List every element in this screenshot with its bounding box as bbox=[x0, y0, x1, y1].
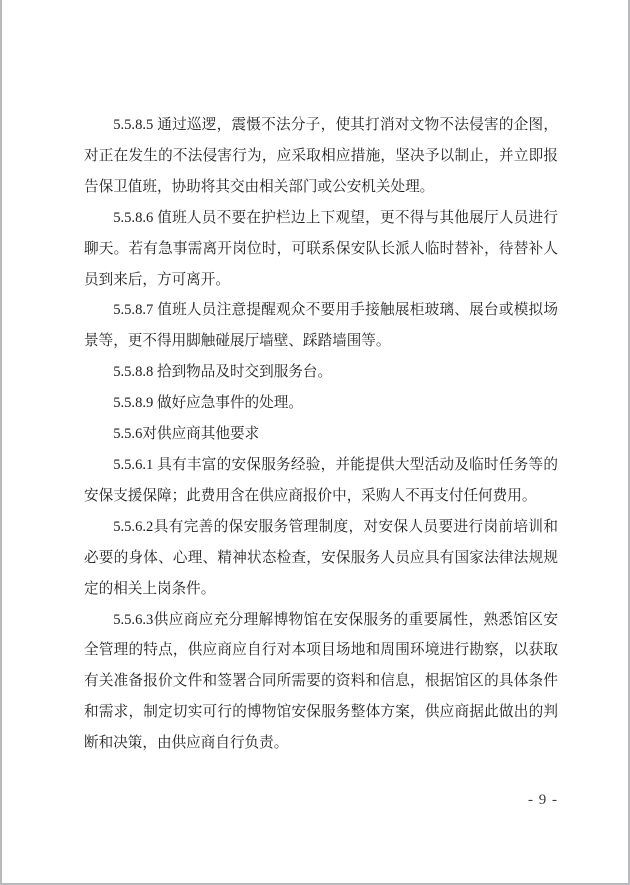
document-body: 5.5.8.5 通过巡逻，震慑不法分子，使其打消对文物不法侵害的企图，对正在发生… bbox=[84, 110, 558, 759]
paragraph-5-5-6-1: 5.5.6.1 具有丰富的安保服务经验，并能提供大型活动及临时任务等的安保支援保… bbox=[84, 450, 558, 512]
page-number: - 9 - bbox=[528, 792, 558, 808]
document-page: 5.5.8.5 通过巡逻，震慑不法分子，使其打消对文物不法侵害的企图，对正在发生… bbox=[0, 0, 630, 885]
paragraph-5-5-6-3: 5.5.6.3供应商应充分理解博物馆在安保服务的重要属性，熟悉馆区安全管理的特点… bbox=[84, 605, 558, 760]
paragraph-5-5-8-9: 5.5.8.9 做好应急事件的处理。 bbox=[84, 388, 558, 419]
paragraph-5-5-8-7: 5.5.8.7 值班人员注意提醒观众不要用手接触展柜玻璃、展台或模拟场景等，更不… bbox=[84, 295, 558, 357]
page-footer: - 9 - bbox=[84, 792, 558, 809]
paragraph-5-5-8-5: 5.5.8.5 通过巡逻，震慑不法分子，使其打消对文物不法侵害的企图，对正在发生… bbox=[84, 110, 558, 203]
paragraph-5-5-6-2: 5.5.6.2具有完善的保安服务管理制度，对安保人员要进行岗前培训和必要的身体、… bbox=[84, 512, 558, 605]
paragraph-5-5-8-6: 5.5.8.6 值班人员不要在护栏边上下观望，更不得与其他展厅人员进行聊天。若有… bbox=[84, 203, 558, 296]
heading-5-5-6: 5.5.6对供应商其他要求 bbox=[84, 419, 558, 450]
paragraph-5-5-8-8: 5.5.8.8 拾到物品及时交到服务台。 bbox=[84, 357, 558, 388]
